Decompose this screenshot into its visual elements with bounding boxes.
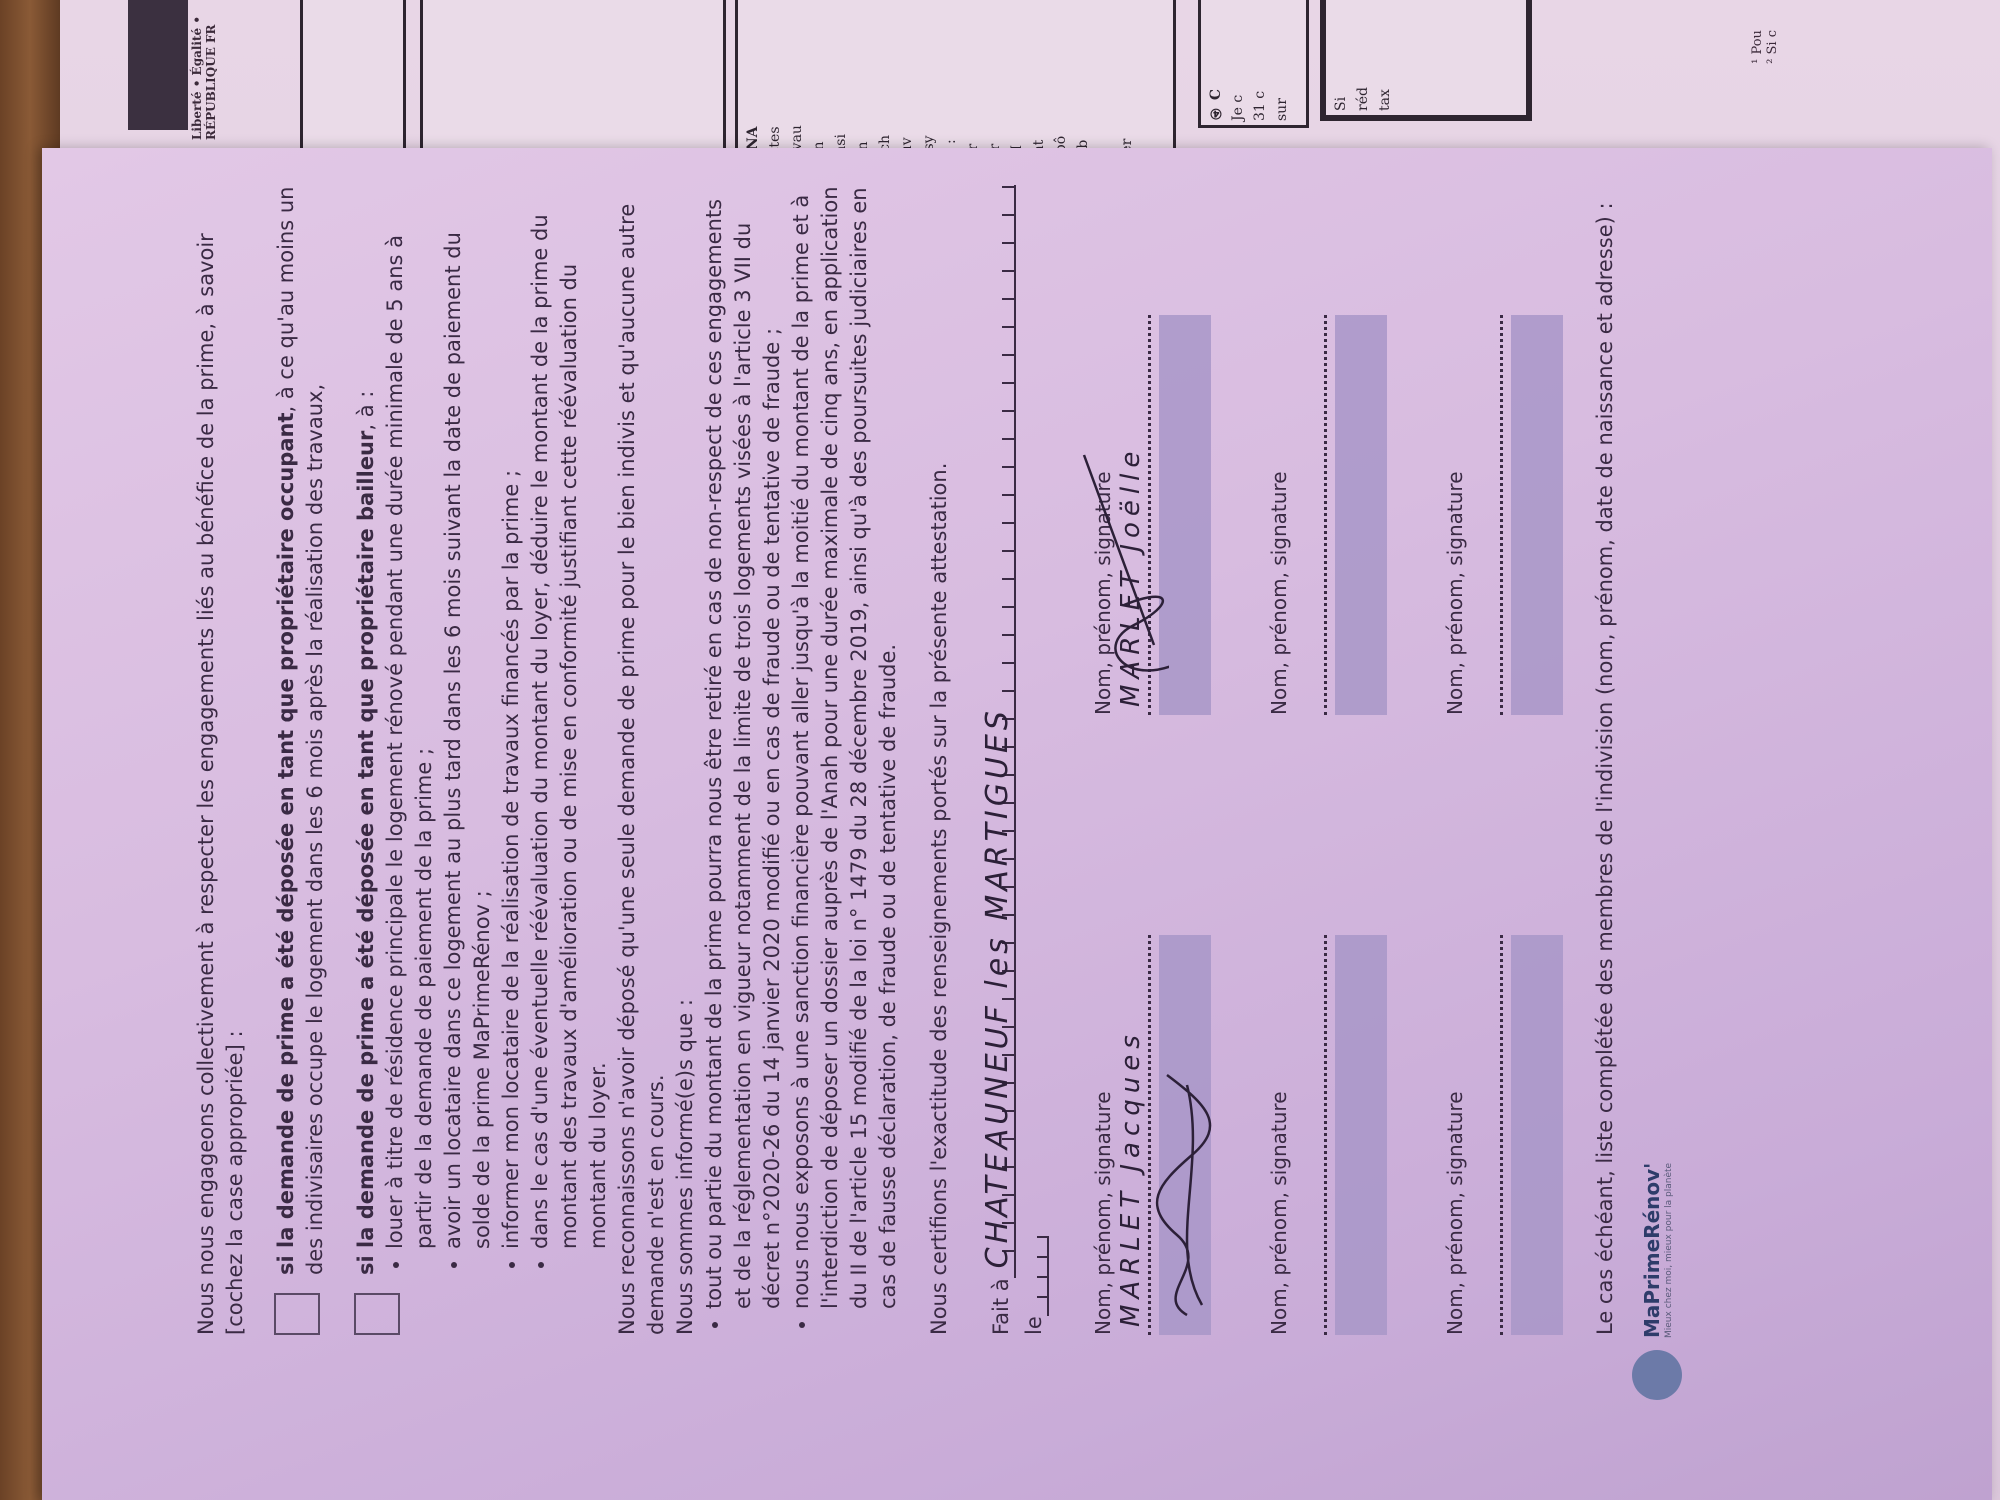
signature-name-field[interactable] [1294, 315, 1327, 715]
signature-grid: Nom, prénom, signature MARLET Jacques No… [1089, 185, 1591, 1335]
option-bailleur-text: , à : [354, 391, 378, 431]
motto: Liberté • Égalité • [190, 16, 204, 140]
signature-box[interactable] [1335, 315, 1387, 715]
marianne-logo [128, 0, 188, 130]
obligation-item: dans le cas d'une éventuelle réévaluatio… [526, 185, 613, 1249]
attestation-page: Nous nous engageons collectivement à res… [42, 148, 1992, 1500]
single-request-statement: Nous reconnaissons n'avoir déposé qu'une… [613, 185, 671, 1335]
form-section-line: Je c [1230, 95, 1246, 121]
house-icon [1632, 1350, 1682, 1400]
option-bailleur: si la demande de prime a été déposée en … [352, 185, 613, 1335]
signatory-name: MARLET Jacques [1117, 1029, 1146, 1327]
form-section-line: tax [1377, 89, 1393, 111]
informed-list: tout ou partie du montant de la prime po… [700, 185, 903, 1335]
option-occupant-title: si la demande de prime a été déposée en … [274, 413, 298, 1276]
signature-block-3: Nom, prénom, signature [1265, 775, 1415, 1335]
option-bailleur-title: si la demande de prime a été déposée en … [354, 431, 378, 1275]
date-input[interactable] [1021, 1236, 1049, 1316]
signature-block-6: Nom, prénom, signature [1441, 155, 1591, 715]
fait-a-input[interactable]: CHATEAUNEUF les MARTIGUES [980, 185, 1016, 1278]
informed-intro: Nous sommes informé(e)s que : [671, 185, 700, 1335]
signature-label: Nom, prénom, signature [1265, 775, 1294, 1335]
signature-box[interactable] [1511, 315, 1563, 715]
commitment-intro: Nous nous engageons collectivement à res… [192, 185, 250, 1335]
form-section-line: 31 c [1252, 91, 1268, 121]
footnotes: ¹ Pou ² Si c [1750, 30, 1780, 64]
checkbox-occupant[interactable] [274, 1293, 320, 1335]
fait-a-value: CHATEAUNEUF les MARTIGUES [983, 707, 1012, 1268]
signature-label: Nom, prénom, signature [1441, 155, 1470, 715]
signature-box[interactable] [1335, 935, 1387, 1335]
informed-item: tout ou partie du montant de la prime po… [700, 185, 787, 1309]
bailleur-obligations: louer à titre de résidence principale le… [381, 185, 613, 1275]
date-field: le [1020, 185, 1049, 1335]
republic-name: RÉPUBLIQUE FR [204, 24, 218, 140]
signature-block-4: Nom, prénom, signature [1265, 155, 1415, 715]
signature-block-1: Nom, prénom, signature MARLET Jacques [1089, 775, 1239, 1335]
obligation-item: louer à titre de résidence principale le… [381, 185, 439, 1249]
form-section-line: sur [1274, 98, 1290, 121]
form-section-title: ④ C [1208, 89, 1224, 121]
form-section-line: réd [1355, 87, 1371, 111]
date-label: le [1020, 1316, 1049, 1335]
obligation-item: avoir un locataire dans ce logement au p… [439, 185, 497, 1249]
certify-statement: Nous certifions l'exactitude des renseig… [925, 185, 954, 1335]
form-section-notice: Sirédtax [1320, 0, 1532, 121]
signature-label: Nom, prénom, signature [1441, 775, 1470, 1335]
checkbox-bailleur[interactable] [354, 1293, 400, 1335]
obligation-item: informer mon locataire de la réalisation… [497, 185, 526, 1249]
signature-name-field[interactable] [1294, 935, 1327, 1335]
footnote-2: ² Si c [1765, 30, 1780, 64]
footnote-1: ¹ Pou [1750, 30, 1765, 64]
form-section-certification: ④ CJe c31 csur [1198, 0, 1309, 128]
option-occupant: si la demande de prime a été déposée en … [272, 185, 330, 1335]
members-list-prompt: Le cas échéant, liste complétée des memb… [1591, 185, 1620, 1335]
fait-a-field: Fait à CHATEAUNEUF les MARTIGUES [980, 185, 1016, 1335]
signature-label: Nom, prénom, signature [1265, 155, 1294, 715]
republic-label: Liberté • Égalité • RÉPUBLIQUE FR [190, 0, 220, 140]
informed-item: nous nous exposons à une sanction financ… [787, 185, 903, 1309]
signature-block-2: Nom, prénom, signature MARLET Joëlle [1089, 155, 1239, 715]
maprimerenov-logo: MaPrimeRénov' Mieux chez moi, mieux pour… [1632, 1163, 1682, 1400]
signature-scribble-icon [1069, 445, 1169, 705]
logo-tagline: Mieux chez moi, mieux pour la planète [1664, 1163, 1674, 1338]
form-section-line: Si [1333, 97, 1349, 111]
signature-label: Nom, prénom, signature [1089, 775, 1118, 1335]
signature-name-field[interactable] [1470, 935, 1503, 1335]
signature-box[interactable] [1511, 935, 1563, 1335]
signature-scribble-icon [1147, 1065, 1217, 1325]
signature-name-field[interactable] [1470, 315, 1503, 715]
signature-block-5: Nom, prénom, signature [1441, 775, 1591, 1335]
fait-a-label: Fait à [987, 1278, 1016, 1335]
logo-name: MaPrimeRénov' [1640, 1163, 1664, 1338]
